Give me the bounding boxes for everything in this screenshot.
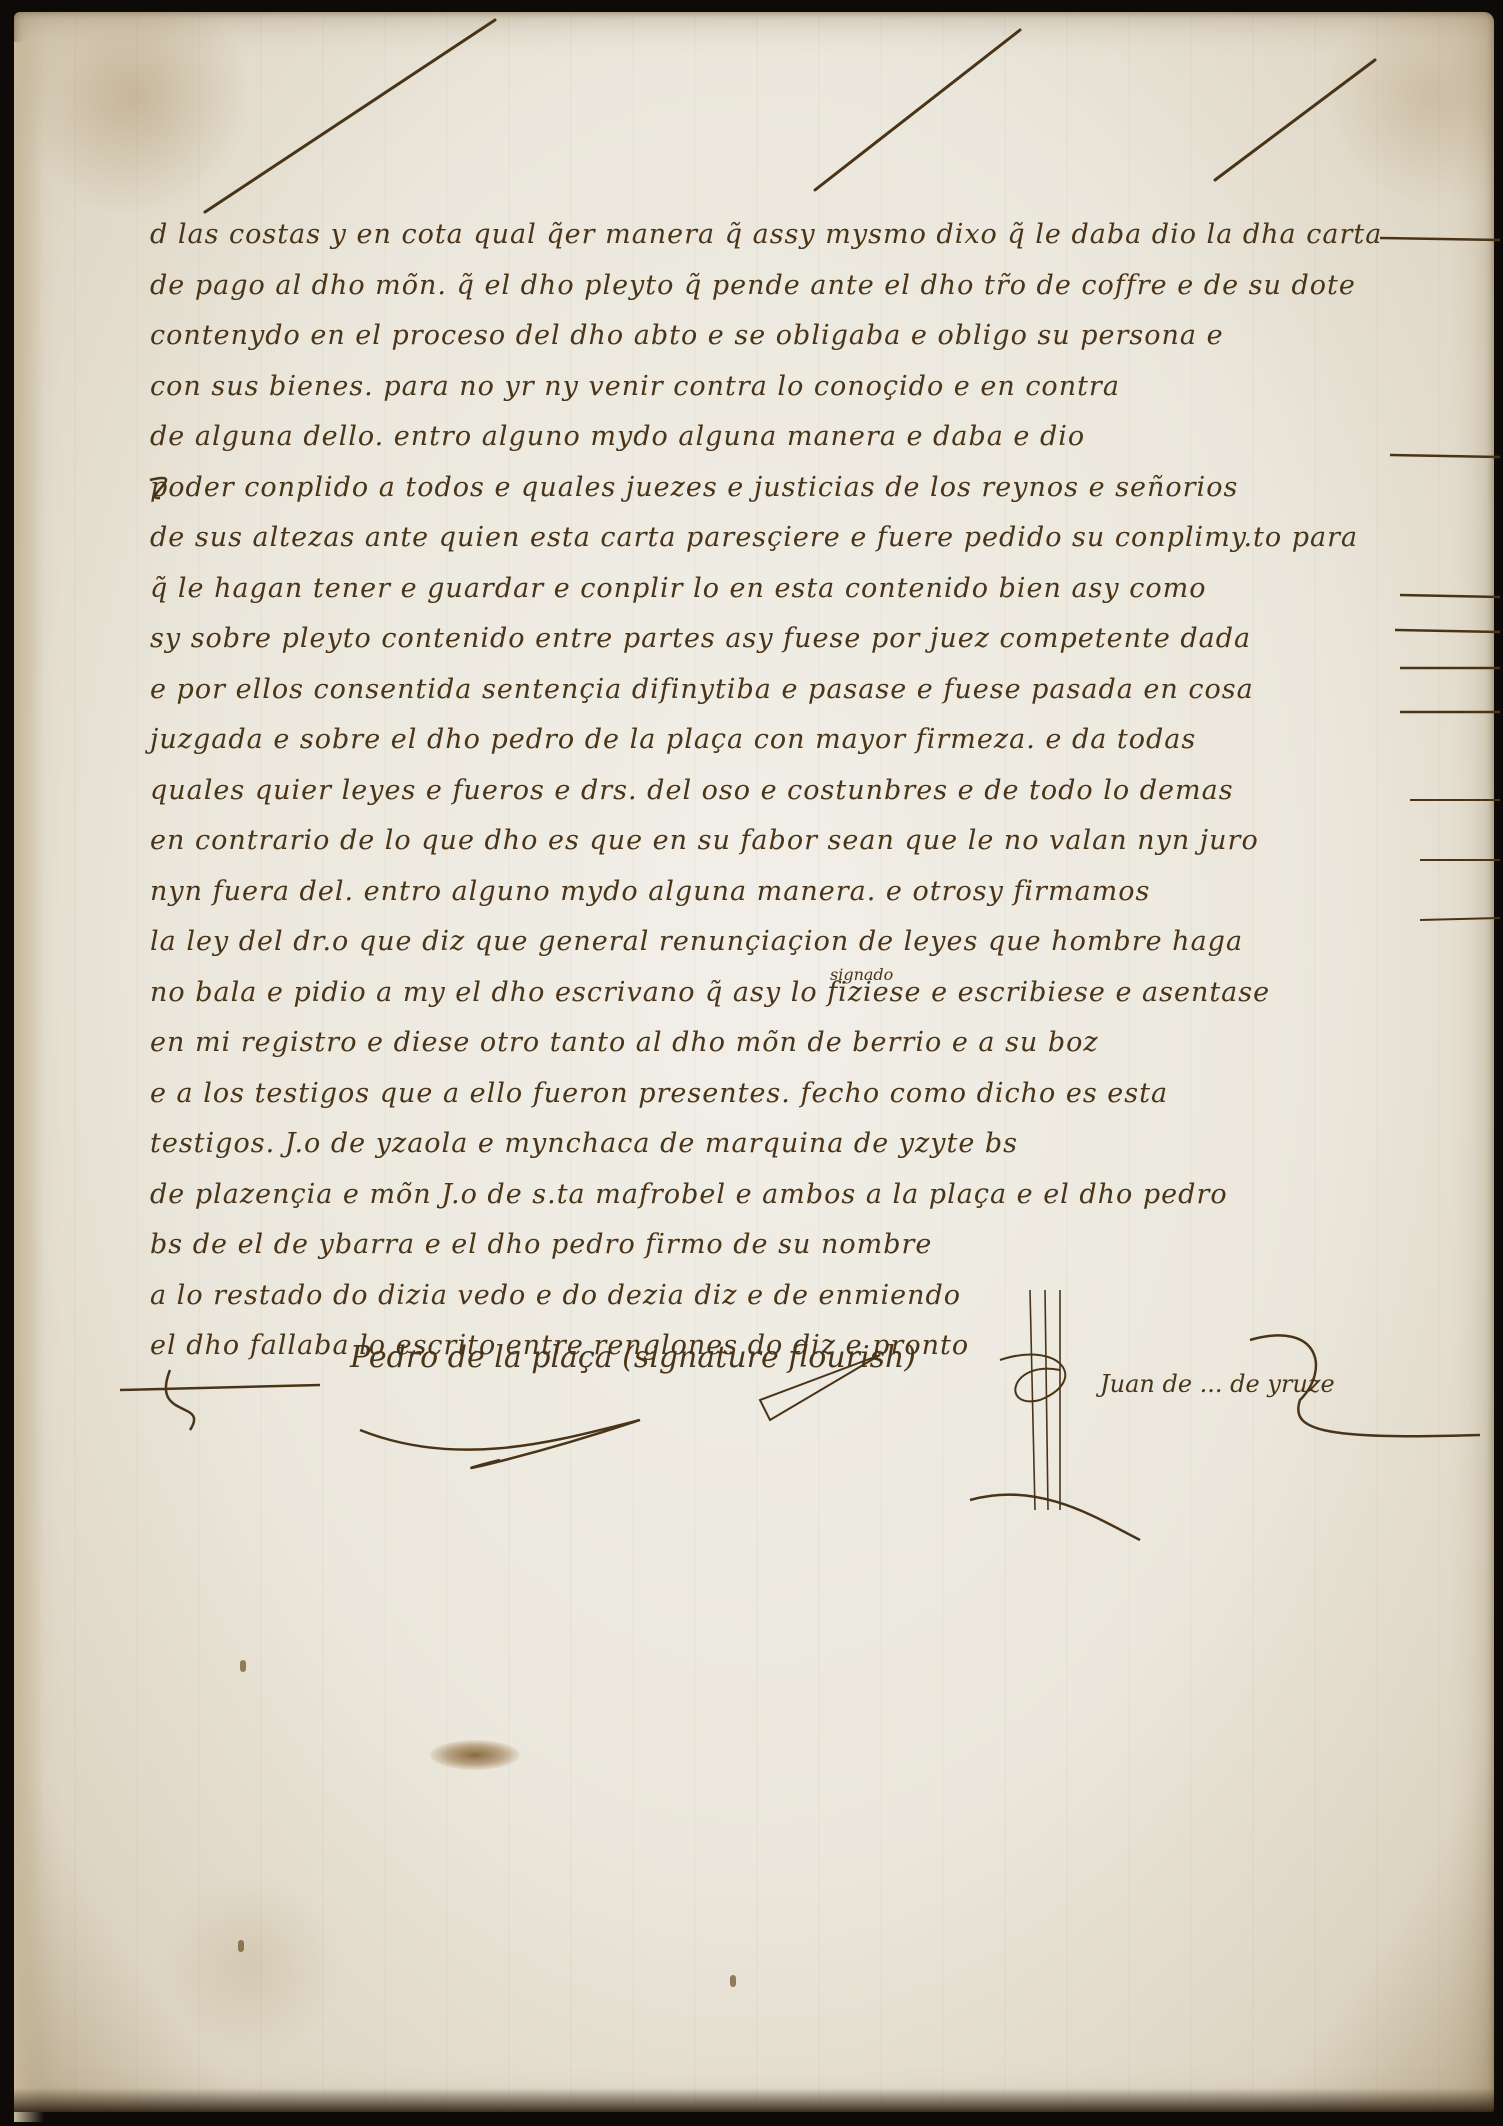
text-line: poder conplido a todos e quales juezes e… — [150, 463, 1410, 514]
text-line: con sus bienes. para no yr ny venir cont… — [150, 362, 1410, 413]
text-line: en mi registro e diese otro tanto al dho… — [150, 1018, 1410, 1069]
text-line: de alguna dello. entro alguno mydo algun… — [150, 412, 1410, 463]
text-line: e a los testigos que a ello fueron prese… — [150, 1069, 1410, 1120]
signature-left: Pedro de la plaça (signature flourish) — [350, 1340, 916, 1375]
interlinear-note: signado — [830, 965, 893, 984]
text-line: la ley del dr.o que diz que general renu… — [150, 917, 1410, 968]
text-line: testigos. J.o de yzaola e mynchaca de ma… — [150, 1119, 1410, 1170]
text-line: nyn fuera del. entro alguno mydo alguna … — [150, 867, 1410, 918]
text-line: sy sobre pleyto contenido entre partes a… — [150, 614, 1410, 665]
signature-area: Pedro de la plaça (signature flourish) J… — [100, 1300, 1480, 1560]
page-binding-edge — [14, 42, 44, 2122]
text-line: contenydo en el proceso del dho abto e s… — [150, 311, 1410, 362]
text-line: en contrario de lo que dho es que en su … — [150, 816, 1410, 867]
text-line: de plazençia e mõn J.o de s.ta mafrobel … — [150, 1170, 1410, 1221]
paper-speck — [238, 1940, 244, 1952]
text-line: bs de el de ybarra e el dho pedro firmo … — [150, 1220, 1410, 1271]
page-torn-bottom-edge — [14, 2088, 1494, 2112]
text-line: quales quier leyes e fueros e drs. del o… — [150, 766, 1410, 817]
text-line: de sus altezas ante quien esta carta par… — [150, 513, 1410, 564]
ink-stain — [430, 1740, 520, 1770]
manuscript-text-block: d las costas y en cota qual q̃er manera … — [150, 210, 1410, 1372]
paper-speck — [730, 1975, 736, 1987]
text-line: juzgada e sobre el dho pedro de la plaça… — [150, 715, 1410, 766]
text-line: d las costas y en cota qual q̃er manera … — [150, 210, 1410, 261]
signature-right: Juan de ... de yruze — [1100, 1370, 1335, 1398]
text-line: de pago al dho mõn. q̃ el dho pleyto q̃ … — [150, 261, 1410, 312]
text-line: q̃ le hagan tener e guardar e conplir lo… — [150, 564, 1410, 615]
text-line: e por ellos consentida sentençia difinyt… — [150, 665, 1410, 716]
text-line: no bala e pidio a my el dho escrivano q̃… — [150, 968, 1410, 1019]
paper-speck — [240, 1660, 246, 1672]
